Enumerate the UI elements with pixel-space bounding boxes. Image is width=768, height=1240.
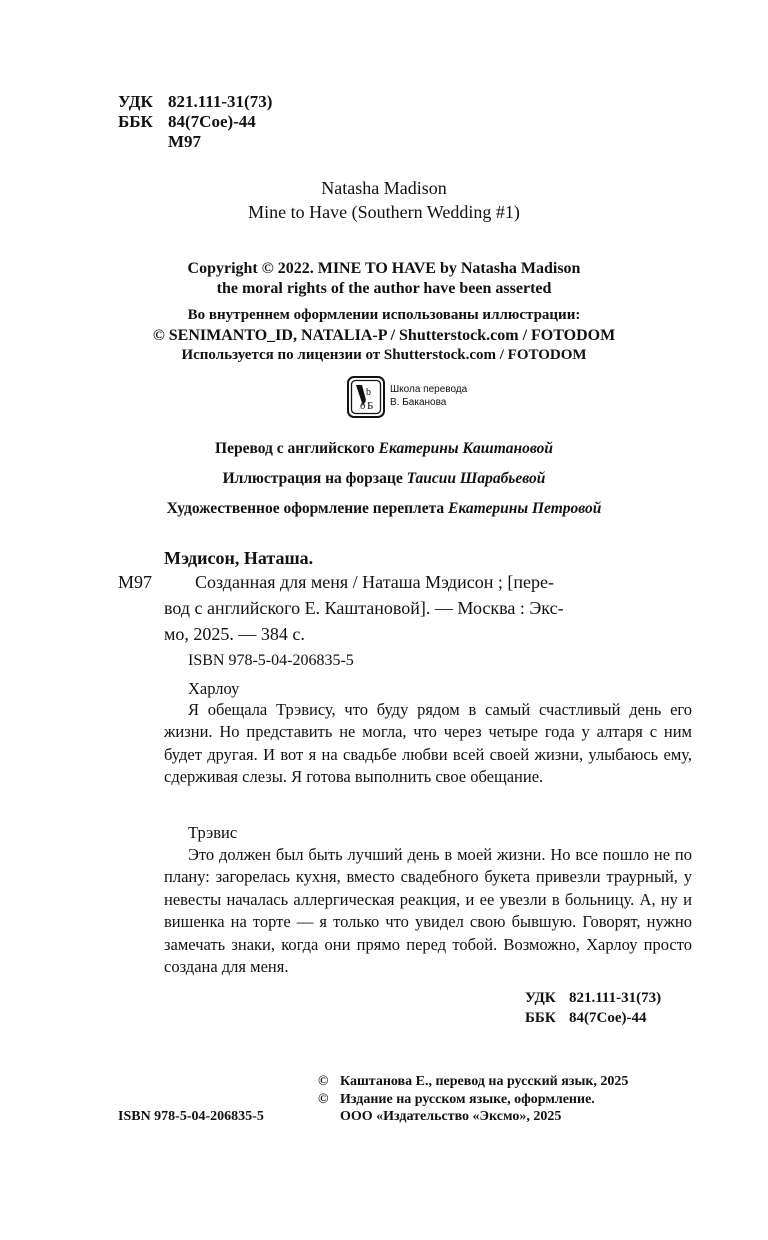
logo-line-2: В. Баканова — [390, 396, 467, 409]
credit-name: Екатерины Каштановой — [379, 440, 553, 457]
edition-copyright: ©Издание на русском языке, оформление. — [318, 1091, 595, 1108]
svg-text:Б: Б — [367, 400, 373, 412]
annotation-travis-text: Это должен был быть лучший день в моей ж… — [164, 844, 692, 978]
original-author: Natasha Madison — [0, 178, 768, 199]
udk-value: 821.111-31(73) — [569, 990, 661, 1006]
library-isbn: ISBN 978-5-04-206835-5 — [188, 652, 354, 670]
bbk-value: 84(7Сое)-44 — [569, 1010, 646, 1026]
credit-name: Екатерины Петровой — [448, 500, 601, 517]
udk-value: 821.111-31(73) — [168, 92, 272, 111]
bbk-code-top: ББК84(7Сое)-44 — [118, 112, 256, 132]
copyright-icon: © — [318, 1073, 340, 1090]
library-author-mark: М97 — [118, 572, 152, 593]
udk-label: УДК — [118, 92, 168, 112]
moral-rights-notice: the moral rights of the author have been… — [0, 280, 768, 298]
endpaper-illustrator-credit: Иллюстрация на форзаце Таисии Шарабьевой — [0, 470, 768, 488]
bbk-label: ББК — [525, 1010, 569, 1027]
udk-code-bottom: УДК821.111-31(73) — [525, 990, 661, 1007]
library-record-line: Созданная для меня / Наташа Мэдисон ; [п… — [195, 572, 554, 593]
illustrations-license: Используется по лицензии от Shutterstock… — [0, 347, 768, 364]
translation-school-logo-icon: b б Б — [347, 376, 385, 418]
logo-line-1: Школа перевода — [390, 383, 467, 396]
svg-text:b: b — [366, 387, 371, 398]
translator-credit: Перевод с английского Екатерины Каштанов… — [0, 440, 768, 458]
svg-text:б: б — [360, 400, 366, 412]
annotation-travis-heading: Трэвис — [188, 822, 237, 844]
bbk-code-bottom: ББК84(7Сое)-44 — [525, 1010, 646, 1027]
library-author-heading: Мэдисон, Наташа. — [164, 548, 313, 569]
publisher-copyright: ООО «Издательство «Эксмо», 2025 — [340, 1108, 561, 1125]
credit-label: Художественное оформление переплета — [167, 500, 448, 517]
udk-code-top: УДК821.111-31(73) — [118, 92, 272, 112]
translation-school-name: Школа перевода В. Баканова — [390, 383, 467, 409]
copyright-icon: © — [318, 1091, 340, 1108]
cover-designer-credit: Художественное оформление переплета Екат… — [0, 500, 768, 518]
footer-isbn: ISBN 978-5-04-206835-5 — [118, 1108, 264, 1125]
credit-label: Перевод с английского — [215, 440, 379, 457]
bbk-label: ББК — [118, 112, 168, 132]
library-record-line: мо, 2025. — 384 с. — [164, 624, 305, 645]
annotation-harlow-text: Я обещала Трэвису, что буду рядом в самы… — [164, 699, 692, 789]
udk-label: УДК — [525, 990, 569, 1007]
credit-name: Таисии Шарабьевой — [407, 470, 546, 487]
library-record-line: вод с английского Е. Каштановой]. — Моск… — [164, 598, 564, 619]
illustrations-credit: © SENIMANTO_ID, NATALIA-P / Shutterstock… — [0, 327, 768, 345]
credit-label: Иллюстрация на форзаце — [223, 470, 407, 487]
original-title: Mine to Have (Southern Wedding #1) — [0, 202, 768, 223]
bbk-value: 84(7Сое)-44 — [168, 112, 256, 131]
illustrations-notice: Во внутреннем оформлении использованы ил… — [0, 307, 768, 324]
translation-copyright: ©Каштанова Е., перевод на русский язык, … — [318, 1073, 628, 1090]
annotation-harlow-heading: Харлоу — [188, 678, 239, 700]
author-mark-top: М97 — [168, 132, 201, 152]
original-copyright: Copyright © 2022. MINE TO HAVE by Natash… — [0, 260, 768, 278]
